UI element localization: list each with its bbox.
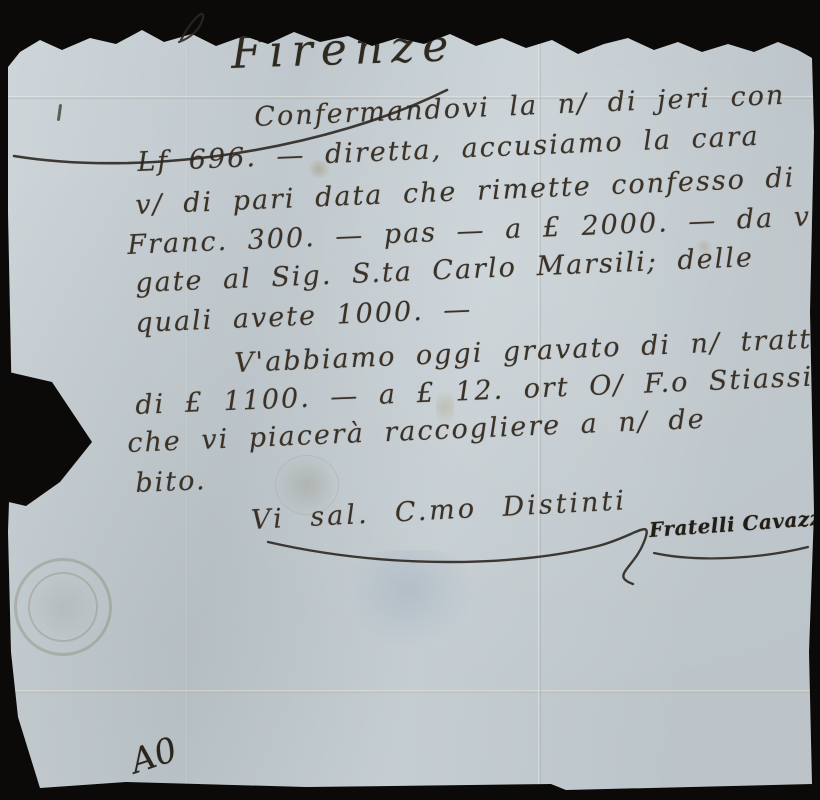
horizontal-fold-bottom — [6, 690, 816, 693]
seal-bleedthrough — [345, 550, 475, 650]
letter-line: bito. — [135, 465, 207, 499]
signature: Fratelli Cavazza — [648, 505, 820, 542]
letter-paper: Firenze Confermandovi la n/ di jeri con … — [6, 12, 816, 792]
letter-scan: Firenze Confermandovi la n/ di jeri con … — [0, 0, 820, 800]
letterhead-city: Firenze — [230, 20, 457, 79]
pen-mark-bottom-left: A0 — [126, 730, 182, 782]
postmark-inner-ring — [28, 572, 98, 642]
ink-speck — [57, 104, 62, 121]
postmark-stamp — [14, 558, 112, 656]
